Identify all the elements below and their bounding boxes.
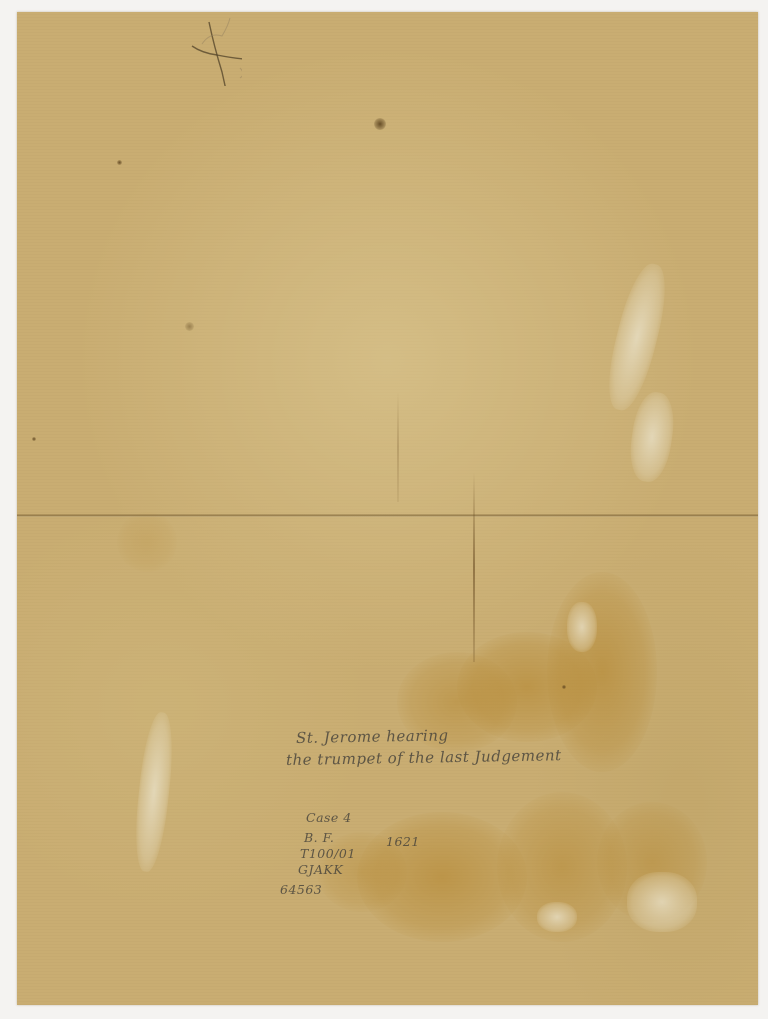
inscription-ref-1: T100/01 bbox=[300, 846, 356, 861]
ink-spot bbox=[185, 322, 194, 331]
inscription-ref-3: 64563 bbox=[280, 882, 322, 897]
inscription-ref-2: GJAKK bbox=[298, 862, 343, 877]
inscription-year: 1621 bbox=[386, 834, 420, 849]
horizontal-fold-crease bbox=[17, 514, 758, 517]
inscription-title-line-1: St. Jerome hearing bbox=[296, 726, 449, 747]
pale-streak bbox=[627, 872, 697, 932]
ink-spot bbox=[32, 437, 36, 441]
inscription-case: Case 4 bbox=[306, 810, 352, 825]
ink-spot bbox=[562, 685, 566, 689]
ink-spot bbox=[117, 160, 122, 165]
inscription-bf: B. F. bbox=[304, 830, 334, 845]
paper-sheet bbox=[17, 12, 758, 1005]
ink-spot bbox=[374, 118, 386, 130]
vertical-fold-crease bbox=[473, 472, 475, 662]
pale-streak bbox=[626, 390, 678, 485]
pale-streak bbox=[599, 259, 674, 414]
pale-streak bbox=[567, 602, 597, 652]
vertical-fold-crease bbox=[397, 392, 399, 502]
pale-streak bbox=[537, 902, 577, 932]
pencil-cross-mark-icon bbox=[172, 6, 242, 86]
pale-streak bbox=[131, 711, 178, 873]
stain-blob bbox=[117, 512, 177, 572]
